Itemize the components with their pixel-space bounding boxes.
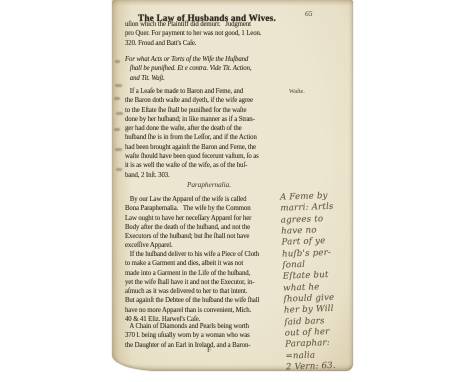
text-line: to make a Garment and dies, albeit it wa…: [125, 259, 293, 268]
paragraph-waste: If a Leaſe be made to Baron and Feme, an…: [125, 87, 293, 180]
scanned-book-page-view: The Law of Husbands and Wives. 65 uſion …: [0, 0, 468, 382]
show-through-mark: [114, 97, 120, 100]
section-heading-paraphernalia: Paraphernalia.: [125, 181, 293, 189]
book-page: The Law of Husbands and Wives. 65 uſion …: [112, 0, 353, 371]
text-line: But againſt the Debtee of the huſband th…: [125, 296, 293, 305]
paragraph-cloth: If the huſband deliver to his wife a Pie…: [125, 250, 293, 324]
paragraph-judgment-continuation: uſion which the Plaintiff did demurr. Ju…: [125, 20, 293, 48]
text-line: If a Leaſe be made to Baron and Feme, an…: [125, 87, 293, 96]
text-line: the Baron doth waſte and dyeth, if the w…: [125, 96, 293, 105]
signature-mark: F: [125, 345, 293, 354]
text-line: done by her huſband; in like manner as i…: [125, 115, 293, 124]
show-through-mark: [116, 168, 122, 171]
handwritten-marginalia: A Feme bymarri: Artlsagrees tohave noPar…: [280, 189, 378, 374]
show-through-mark: [115, 148, 122, 151]
text-line: waſte ſhould have been quod fecerunt vaſ…: [125, 152, 293, 161]
text-line: If the huſband deliver to his wife a Pie…: [125, 250, 293, 259]
show-through-mark: [114, 128, 120, 131]
text-line: made into a Garment in the Life of the h…: [125, 269, 293, 278]
text-line: have no more Apparel than is convenient,…: [125, 306, 293, 315]
paragraph-apparel: By our Law the Apparel of the wife is ca…: [125, 195, 293, 251]
text-line: pro Quer. For payment to her was not goo…: [125, 29, 293, 38]
text-line: Law ought to have her neceſſary Apparel …: [125, 214, 293, 223]
text-line: A Chain of Diamonds and Pearls being wor…: [125, 322, 293, 331]
text-line: yet the wife ſhall have it and not the E…: [125, 278, 293, 287]
text-line: For what Acts or Torts of the Wife the H…: [125, 55, 293, 64]
text-line: 370 l. being uſually worn by a woman who…: [125, 331, 293, 340]
show-through-mark: [115, 84, 122, 87]
text-line: 320. Froud and Batt's Caſe.: [125, 39, 293, 48]
text-line: uſion which the Plaintiff did demurr. Ju…: [125, 20, 293, 29]
text-line: ſhall be puniſhed. Et e contra. Vide Tit…: [125, 64, 293, 73]
text-line: it is as well the waſte of the wife, as …: [125, 161, 293, 170]
show-through-mark: [116, 112, 123, 115]
paragraph-side-note-italic: For what Acts or Torts of the Wife the H…: [125, 55, 293, 83]
text-line: had been brought againſt the Baron and F…: [125, 143, 293, 152]
text-line: By our Law the Apparel of the wife is ca…: [125, 195, 293, 204]
text-line: Body after the death of the huſband, and…: [125, 223, 293, 232]
show-through-mark: [115, 60, 120, 63]
text-line: to the Eſtate ſhe ſhall be puniſhed for …: [125, 106, 293, 115]
text-line: Executors of the huſband; but ſhe ſhall …: [125, 232, 293, 241]
text-line: Bona Paraphernalia. The wife by the Comm…: [125, 204, 293, 213]
text-line: huſband ſhe is in from the Leſſor, and i…: [125, 133, 293, 142]
handwriting-line: 2 Vern: 63.: [286, 360, 378, 375]
text-line: and Tit. Waſt.: [125, 74, 293, 83]
text-line: ger had done the waſte, after the death …: [125, 124, 293, 133]
text-line: aſmuch as it was delivered to her to tha…: [125, 287, 293, 296]
text-line: band, 2 Inſt. 303.: [125, 171, 293, 180]
page-number: 65: [305, 9, 313, 18]
